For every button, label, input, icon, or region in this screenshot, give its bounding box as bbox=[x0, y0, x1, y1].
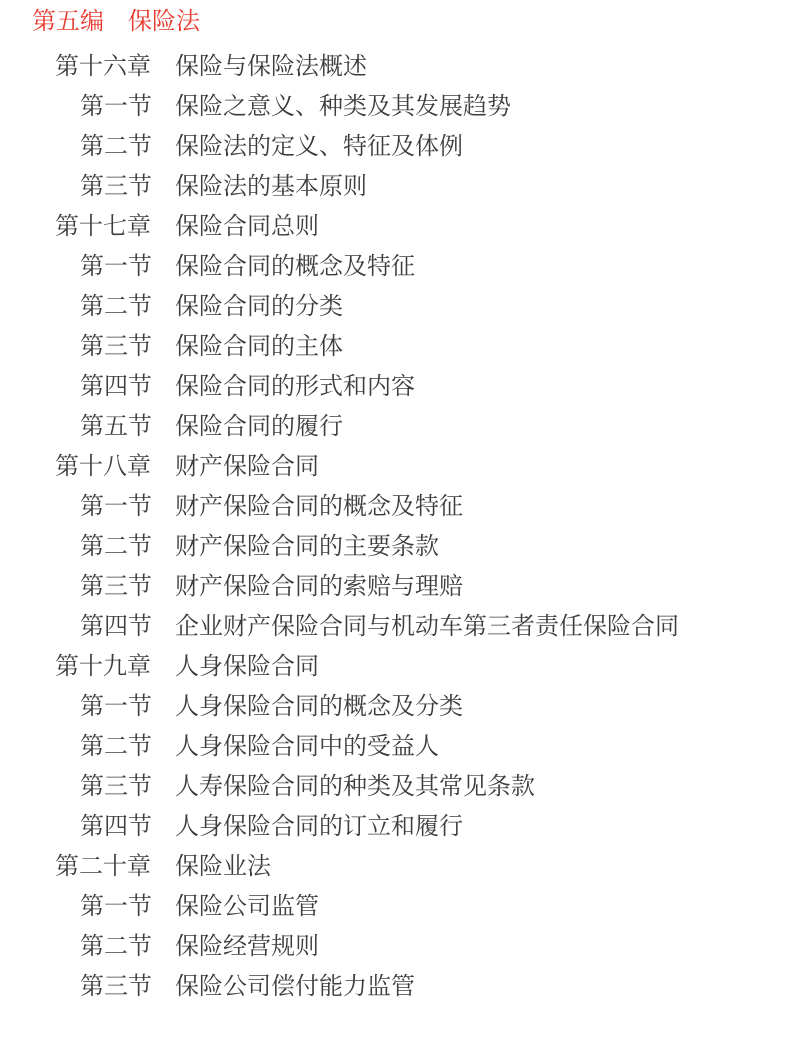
section-row: 第一节保险公司监管 bbox=[0, 887, 790, 927]
section-row: 第三节保险法的基本原则 bbox=[0, 167, 790, 207]
section-row: 第二节人身保险合同中的受益人 bbox=[0, 727, 790, 767]
section-row: 第一节人身保险合同的概念及分类 bbox=[0, 687, 790, 727]
section-title: 企业财产保险合同与机动车第三者责任保险合同 bbox=[175, 607, 679, 647]
section-title: 保险合同的分类 bbox=[175, 287, 343, 327]
chapter-row: 第十八章财产保险合同 bbox=[0, 447, 790, 487]
section-row: 第三节人寿保险合同的种类及其常见条款 bbox=[0, 767, 790, 807]
section-number-label: 第一节 bbox=[80, 87, 175, 127]
chapter-title: 人身保险合同 bbox=[175, 647, 319, 687]
section-row: 第二节财产保险合同的主要条款 bbox=[0, 527, 790, 567]
chapter-number-label: 第十九章 bbox=[55, 647, 175, 687]
chapter-row: 第十六章保险与保险法概述 bbox=[0, 47, 790, 87]
section-title: 人身保险合同的概念及分类 bbox=[175, 687, 463, 727]
section-number-label: 第四节 bbox=[80, 607, 175, 647]
section-row: 第三节保险公司偿付能力监管 bbox=[0, 967, 790, 1007]
section-title: 财产保险合同的主要条款 bbox=[175, 527, 439, 567]
section-row: 第二节保险合同的分类 bbox=[0, 287, 790, 327]
section-title: 财产保险合同的概念及特征 bbox=[175, 487, 463, 527]
chapter-row: 第十七章保险合同总则 bbox=[0, 207, 790, 247]
section-number-label: 第二节 bbox=[80, 287, 175, 327]
section-title: 人身保险合同的订立和履行 bbox=[175, 807, 463, 847]
section-number-label: 第一节 bbox=[80, 687, 175, 727]
chapter-number-label: 第十六章 bbox=[55, 47, 175, 87]
section-number-label: 第四节 bbox=[80, 367, 175, 407]
section-number-label: 第三节 bbox=[80, 327, 175, 367]
section-row: 第三节保险合同的主体 bbox=[0, 327, 790, 367]
chapter-row: 第十九章人身保险合同 bbox=[0, 647, 790, 687]
section-title: 保险合同的主体 bbox=[175, 327, 343, 367]
section-number-label: 第五节 bbox=[80, 407, 175, 447]
section-number-label: 第三节 bbox=[80, 967, 175, 1007]
section-row: 第二节保险法的定义、特征及体例 bbox=[0, 127, 790, 167]
chapter-row: 第二十章保险业法 bbox=[0, 847, 790, 887]
section-number-label: 第三节 bbox=[80, 767, 175, 807]
section-row: 第四节企业财产保险合同与机动车第三者责任保险合同 bbox=[0, 607, 790, 647]
section-row: 第四节人身保险合同的订立和履行 bbox=[0, 807, 790, 847]
section-row: 第一节保险合同的概念及特征 bbox=[0, 247, 790, 287]
part-title: 保险法 bbox=[128, 5, 200, 39]
toc-entries: 第十六章保险与保险法概述第一节保险之意义、种类及其发展趋势第二节保险法的定义、特… bbox=[0, 47, 790, 1007]
section-number-label: 第二节 bbox=[80, 127, 175, 167]
section-row: 第二节保险经营规则 bbox=[0, 927, 790, 967]
toc-page: 第五编 保险法 第十六章保险与保险法概述第一节保险之意义、种类及其发展趋势第二节… bbox=[0, 0, 790, 1049]
section-row: 第一节财产保险合同的概念及特征 bbox=[0, 487, 790, 527]
section-row: 第五节保险合同的履行 bbox=[0, 407, 790, 447]
section-number-label: 第二节 bbox=[80, 927, 175, 967]
section-title: 保险合同的概念及特征 bbox=[175, 247, 415, 287]
section-title: 保险法的基本原则 bbox=[175, 167, 367, 207]
section-title: 保险法的定义、特征及体例 bbox=[175, 127, 463, 167]
section-title: 保险合同的形式和内容 bbox=[175, 367, 415, 407]
chapter-title: 保险合同总则 bbox=[175, 207, 319, 247]
chapter-number-label: 第十八章 bbox=[55, 447, 175, 487]
section-title: 保险之意义、种类及其发展趋势 bbox=[175, 87, 511, 127]
section-number-label: 第三节 bbox=[80, 567, 175, 607]
section-number-label: 第一节 bbox=[80, 247, 175, 287]
section-title: 人身保险合同中的受益人 bbox=[175, 727, 439, 767]
section-number-label: 第三节 bbox=[80, 167, 175, 207]
section-title: 人寿保险合同的种类及其常见条款 bbox=[175, 767, 535, 807]
section-number-label: 第二节 bbox=[80, 727, 175, 767]
section-number-label: 第四节 bbox=[80, 807, 175, 847]
part-heading: 第五编 保险法 bbox=[0, 5, 790, 39]
section-title: 保险合同的履行 bbox=[175, 407, 343, 447]
section-number-label: 第二节 bbox=[80, 527, 175, 567]
part-label: 第五编 bbox=[32, 5, 128, 39]
chapter-number-label: 第十七章 bbox=[55, 207, 175, 247]
section-row: 第一节保险之意义、种类及其发展趋势 bbox=[0, 87, 790, 127]
section-title: 保险公司监管 bbox=[175, 887, 319, 927]
chapter-title: 保险与保险法概述 bbox=[175, 47, 367, 87]
section-title: 财产保险合同的索赔与理赔 bbox=[175, 567, 463, 607]
section-row: 第四节保险合同的形式和内容 bbox=[0, 367, 790, 407]
section-title: 保险公司偿付能力监管 bbox=[175, 967, 415, 1007]
chapter-title: 财产保险合同 bbox=[175, 447, 319, 487]
section-number-label: 第一节 bbox=[80, 887, 175, 927]
section-row: 第三节财产保险合同的索赔与理赔 bbox=[0, 567, 790, 607]
chapter-number-label: 第二十章 bbox=[55, 847, 175, 887]
section-number-label: 第一节 bbox=[80, 487, 175, 527]
chapter-title: 保险业法 bbox=[175, 847, 271, 887]
section-title: 保险经营规则 bbox=[175, 927, 319, 967]
